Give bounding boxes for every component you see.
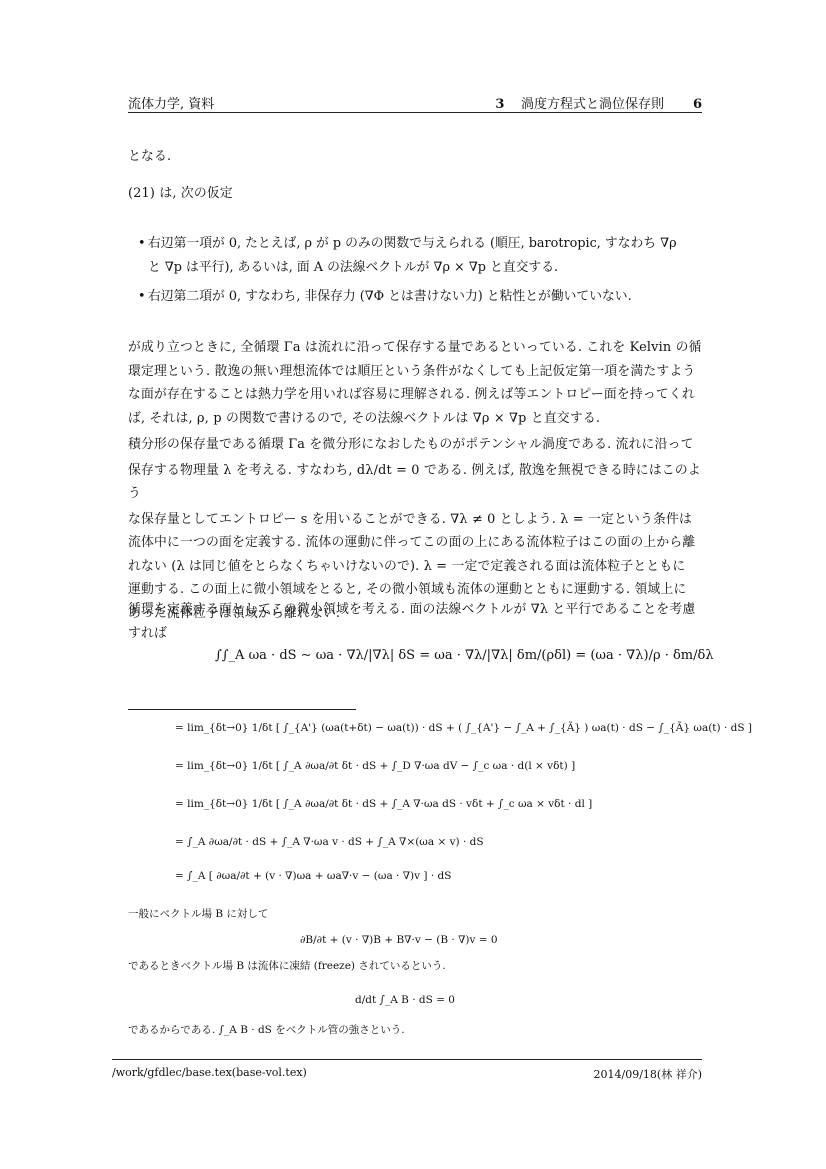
bullet-line: と ∇p は平行), あるいは, 面 A の法線ベクトルが ∇ρ × ∇p と直… bbox=[148, 256, 702, 280]
paragraph-circulation: 循環を定義する面としてこの微小領域を考える. 面の法線ベクトルが ∇λ と平行で… bbox=[128, 598, 702, 645]
derivation-line: = lim_{δt→0} 1/δt [ ∫_{A'} (ωa(t+δt) − ω… bbox=[175, 720, 675, 758]
paragraph-kelvin: が成り立つときに, 全循環 Γa は流れに沿って保存する量であるといっている. … bbox=[128, 336, 702, 430]
footnote-text-1: 一般にベクトル場 B に対して bbox=[128, 906, 702, 922]
text-line: な保存量としてエントロピー s を用いることができる. ∇λ ≠ 0 としよう.… bbox=[128, 508, 702, 532]
footer-date-author: 2014/09/18(林 祥介) bbox=[594, 1066, 702, 1082]
footer-file-path: /work/gfdlec/base.tex(base-vol.tex) bbox=[112, 1066, 307, 1079]
paragraph-1: となる. bbox=[128, 145, 702, 169]
text-line: ば, それは, ρ, p の関数で書けるので, その法線ベクトルは ∇ρ × ∇… bbox=[128, 407, 702, 431]
footer-rule bbox=[112, 1059, 702, 1060]
text-line: 流体中に一つの面を定義する. 流体の運動に伴ってこの面の上にある流体粒子はこの面… bbox=[128, 531, 702, 555]
text-line: れない (λ は同じ値をとらなくちゃいけないので). λ = 一定で定義される面… bbox=[128, 555, 702, 579]
text-line: すれば bbox=[128, 622, 702, 646]
text-line: 循環を定義する面としてこの微小領域を考える. 面の法線ベクトルが ∇λ と平行で… bbox=[128, 598, 702, 622]
page-number: 6 bbox=[693, 97, 702, 112]
paragraph-2: (21) は, 次の仮定 bbox=[128, 182, 702, 206]
text-line: 環定理という. 散逸の無い理想流体では順圧という条件がなくしても上記仮定第一項を… bbox=[128, 360, 702, 384]
derivation-line: = ∫_A ∂ωa/∂t · dS + ∫_A ∇·ωa v · dS + ∫_… bbox=[175, 834, 675, 868]
footnote-text-2: であるときベクトル場 B は流体に凍結 (freeze) されているという. bbox=[128, 958, 702, 974]
section-number: 3 bbox=[495, 97, 504, 112]
bullet-item: • 右辺第二項が 0, すなわち, 非保存力 (∇Φ とは書けない力) と粘性と… bbox=[148, 285, 702, 309]
header-rule bbox=[128, 112, 702, 113]
equation-freeze: ∂B/∂t + (v · ∇)B + B∇·v − (B · ∇)v = 0 bbox=[300, 932, 498, 948]
running-header: 流体力学, 資料 3 渦度方程式と渦位保存則 6 bbox=[128, 93, 702, 113]
text-line: が成り立つときに, 全循環 Γa は流れに沿って保存する量であるといっている. … bbox=[128, 336, 702, 360]
footnote-derivation: = lim_{δt→0} 1/δt [ ∫_{A'} (ωa(t+δt) − ω… bbox=[175, 720, 675, 898]
header-right: 3 渦度方程式と渦位保存則 6 bbox=[495, 93, 702, 112]
derivation-line: = lim_{δt→0} 1/δt [ ∫_A ∂ωa/∂t δt · dS +… bbox=[175, 758, 675, 796]
equation-flux: d/dt ∫_A B · dS = 0 bbox=[355, 992, 455, 1008]
bullet-line: 右辺第二項が 0, すなわち, 非保存力 (∇Φ とは書けない力) と粘性とが働… bbox=[148, 285, 702, 309]
derivation-line: = ∫_A [ ∂ωa/∂t + (v · ∇)ωa + ωa∇·v − (ωa… bbox=[175, 868, 675, 898]
bullet-icon: • bbox=[138, 232, 146, 256]
text-line: 保存する物理量 λ を考える. すなわち, dλ/dt = 0 である. 例えば… bbox=[128, 459, 702, 506]
bullet-line: 右辺第一項が 0, たとえば, ρ が p のみの関数で与えられる (順圧, b… bbox=[148, 232, 702, 256]
header-left: 流体力学, 資料 bbox=[128, 93, 214, 112]
footnote-text-3: であるからである. ∫_A B · dS をベクトル管の強さという. bbox=[128, 1022, 702, 1038]
text-line: な面が存在することは熱力学を用いれば容易に理解される. 例えば等エントロピー面を… bbox=[128, 383, 702, 407]
section-title: 渦度方程式と渦位保存則 bbox=[521, 97, 664, 112]
bullet-item: • 右辺第一項が 0, たとえば, ρ が p のみの関数で与えられる (順圧,… bbox=[148, 232, 702, 279]
derivation-line: = lim_{δt→0} 1/δt [ ∫_A ∂ωa/∂t δt · dS +… bbox=[175, 796, 675, 834]
equation-main: ∫∫_A ωa · dS ∼ ωa · ∇λ/|∇λ| δS = ωa · ∇λ… bbox=[215, 648, 615, 663]
text-line: 積分形の保存量である循環 Γa を微分形になおしたものがポテンシャル渦度である.… bbox=[128, 433, 702, 457]
paragraph-potential-vorticity: 積分形の保存量である循環 Γa を微分形になおしたものがポテンシャル渦度である.… bbox=[128, 433, 702, 625]
bullet-icon: • bbox=[138, 285, 146, 309]
footnote-rule bbox=[128, 709, 356, 710]
